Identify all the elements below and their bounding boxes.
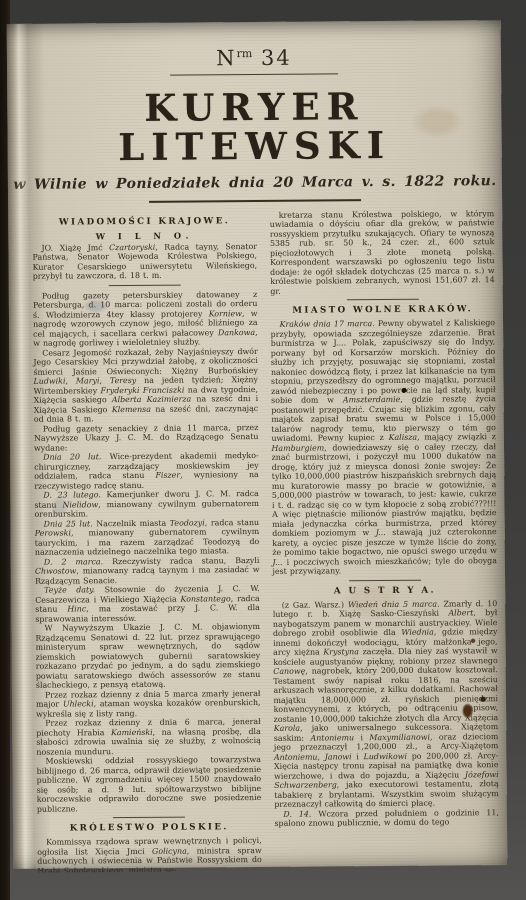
masthead: Nrm 34 KURYER LITEWSKI w Wilnie w Ponied… bbox=[7, 20, 502, 204]
article-paragraph: JO. Xiążę Jmć Czartoryski, Radca tayny, … bbox=[32, 242, 257, 282]
left-column: WIADOMOŚCI KRAJOWE.W I L N O.JO. Xiążę J… bbox=[32, 211, 262, 873]
right-column: kretarza stanu Królestwa polskiego, w kt… bbox=[270, 209, 500, 871]
article-paragraph: W Naywyższym Ukazie J. C. M. objawionym … bbox=[35, 622, 260, 690]
issue-rule bbox=[170, 73, 338, 75]
issue-superscript: rm bbox=[237, 47, 253, 60]
section-divider-rule bbox=[113, 817, 185, 819]
article-paragraph: Teyże daty. Stosownie do życzenia J. C. … bbox=[35, 584, 260, 624]
issue-number: Nrm 34 bbox=[7, 44, 501, 72]
newspaper-page: Nrm 34 KURYER LITEWSKI w Wilnie w Ponied… bbox=[7, 20, 508, 869]
newspaper-title: KURYER LITEWSKI bbox=[7, 86, 502, 168]
article-paragraph: Kraków dnia 17 marca. Pewny obywatel z K… bbox=[271, 318, 498, 576]
section-heading: MIASTO WOLNE KRAKÓW. bbox=[270, 304, 495, 316]
issue-value: 34 bbox=[261, 46, 292, 70]
article-paragraph: Przez rozkaz dzienny z dnia 6 marca, jen… bbox=[36, 717, 261, 757]
article-paragraph: Moskiewski oddział rossyyskiego towarzys… bbox=[36, 755, 261, 814]
section-divider-rule bbox=[109, 284, 181, 286]
masthead-bottom-rule bbox=[149, 199, 361, 203]
article-paragraph: Dnia 20 lut. Wice-prezydent akademii med… bbox=[34, 451, 259, 491]
section-divider-rule bbox=[347, 299, 419, 301]
article-paragraph: (z Gaz. Warsz.) Wiedeń dnia 5 marca. Zma… bbox=[273, 599, 499, 810]
article-paragraph: Cesarz Jegomość rozkazał, żeby Nayjaśnie… bbox=[33, 347, 258, 425]
article-paragraph: D. 14. Wczora przed południem o godzinie… bbox=[274, 808, 499, 829]
article-paragraph: D. 23 lutego. Kamerjunker dworu J. C. M.… bbox=[34, 489, 259, 519]
section-heading: A U S T R Y A. bbox=[273, 585, 498, 597]
section-subheading: W I L N O. bbox=[32, 230, 257, 242]
article-paragraph: D. 2 marca. Rzeczywisty radca stanu, Baz… bbox=[35, 556, 260, 586]
article-paragraph: Podług gazety senackiey z dnia 11 marca,… bbox=[34, 423, 259, 453]
article-paragraph: kretarza stanu Królestwa polskiego, w kt… bbox=[270, 209, 495, 296]
article-columns: WIADOMOŚCI KRAJOWE.W I L N O.JO. Xiążę J… bbox=[8, 209, 507, 873]
scanned-newspaper-view: { "masthead": { "issue": { "prefix": "N"… bbox=[0, 0, 526, 900]
article-paragraph: Kommissya rządowa spraw wewnętrznych i p… bbox=[37, 836, 262, 872]
article-paragraph: Podług gazety petersburskiey datowaney z… bbox=[33, 290, 258, 349]
issue-prefix: N bbox=[216, 46, 237, 70]
section-heading: KRÓLESTWO POLSKIE. bbox=[37, 822, 262, 834]
article-paragraph: Przez rozkaz dzienny z dnia 5 marca zmar… bbox=[36, 689, 261, 719]
dateline: w Wilnie w Poniedziałek dnia 20 Marca v.… bbox=[8, 173, 502, 193]
section-heading: WIADOMOŚCI KRAJOWE. bbox=[32, 216, 257, 228]
section-divider-rule bbox=[349, 579, 421, 581]
article-paragraph: Dnia 25 lut. Naczelnik miasta Teodozyi, … bbox=[35, 518, 260, 558]
